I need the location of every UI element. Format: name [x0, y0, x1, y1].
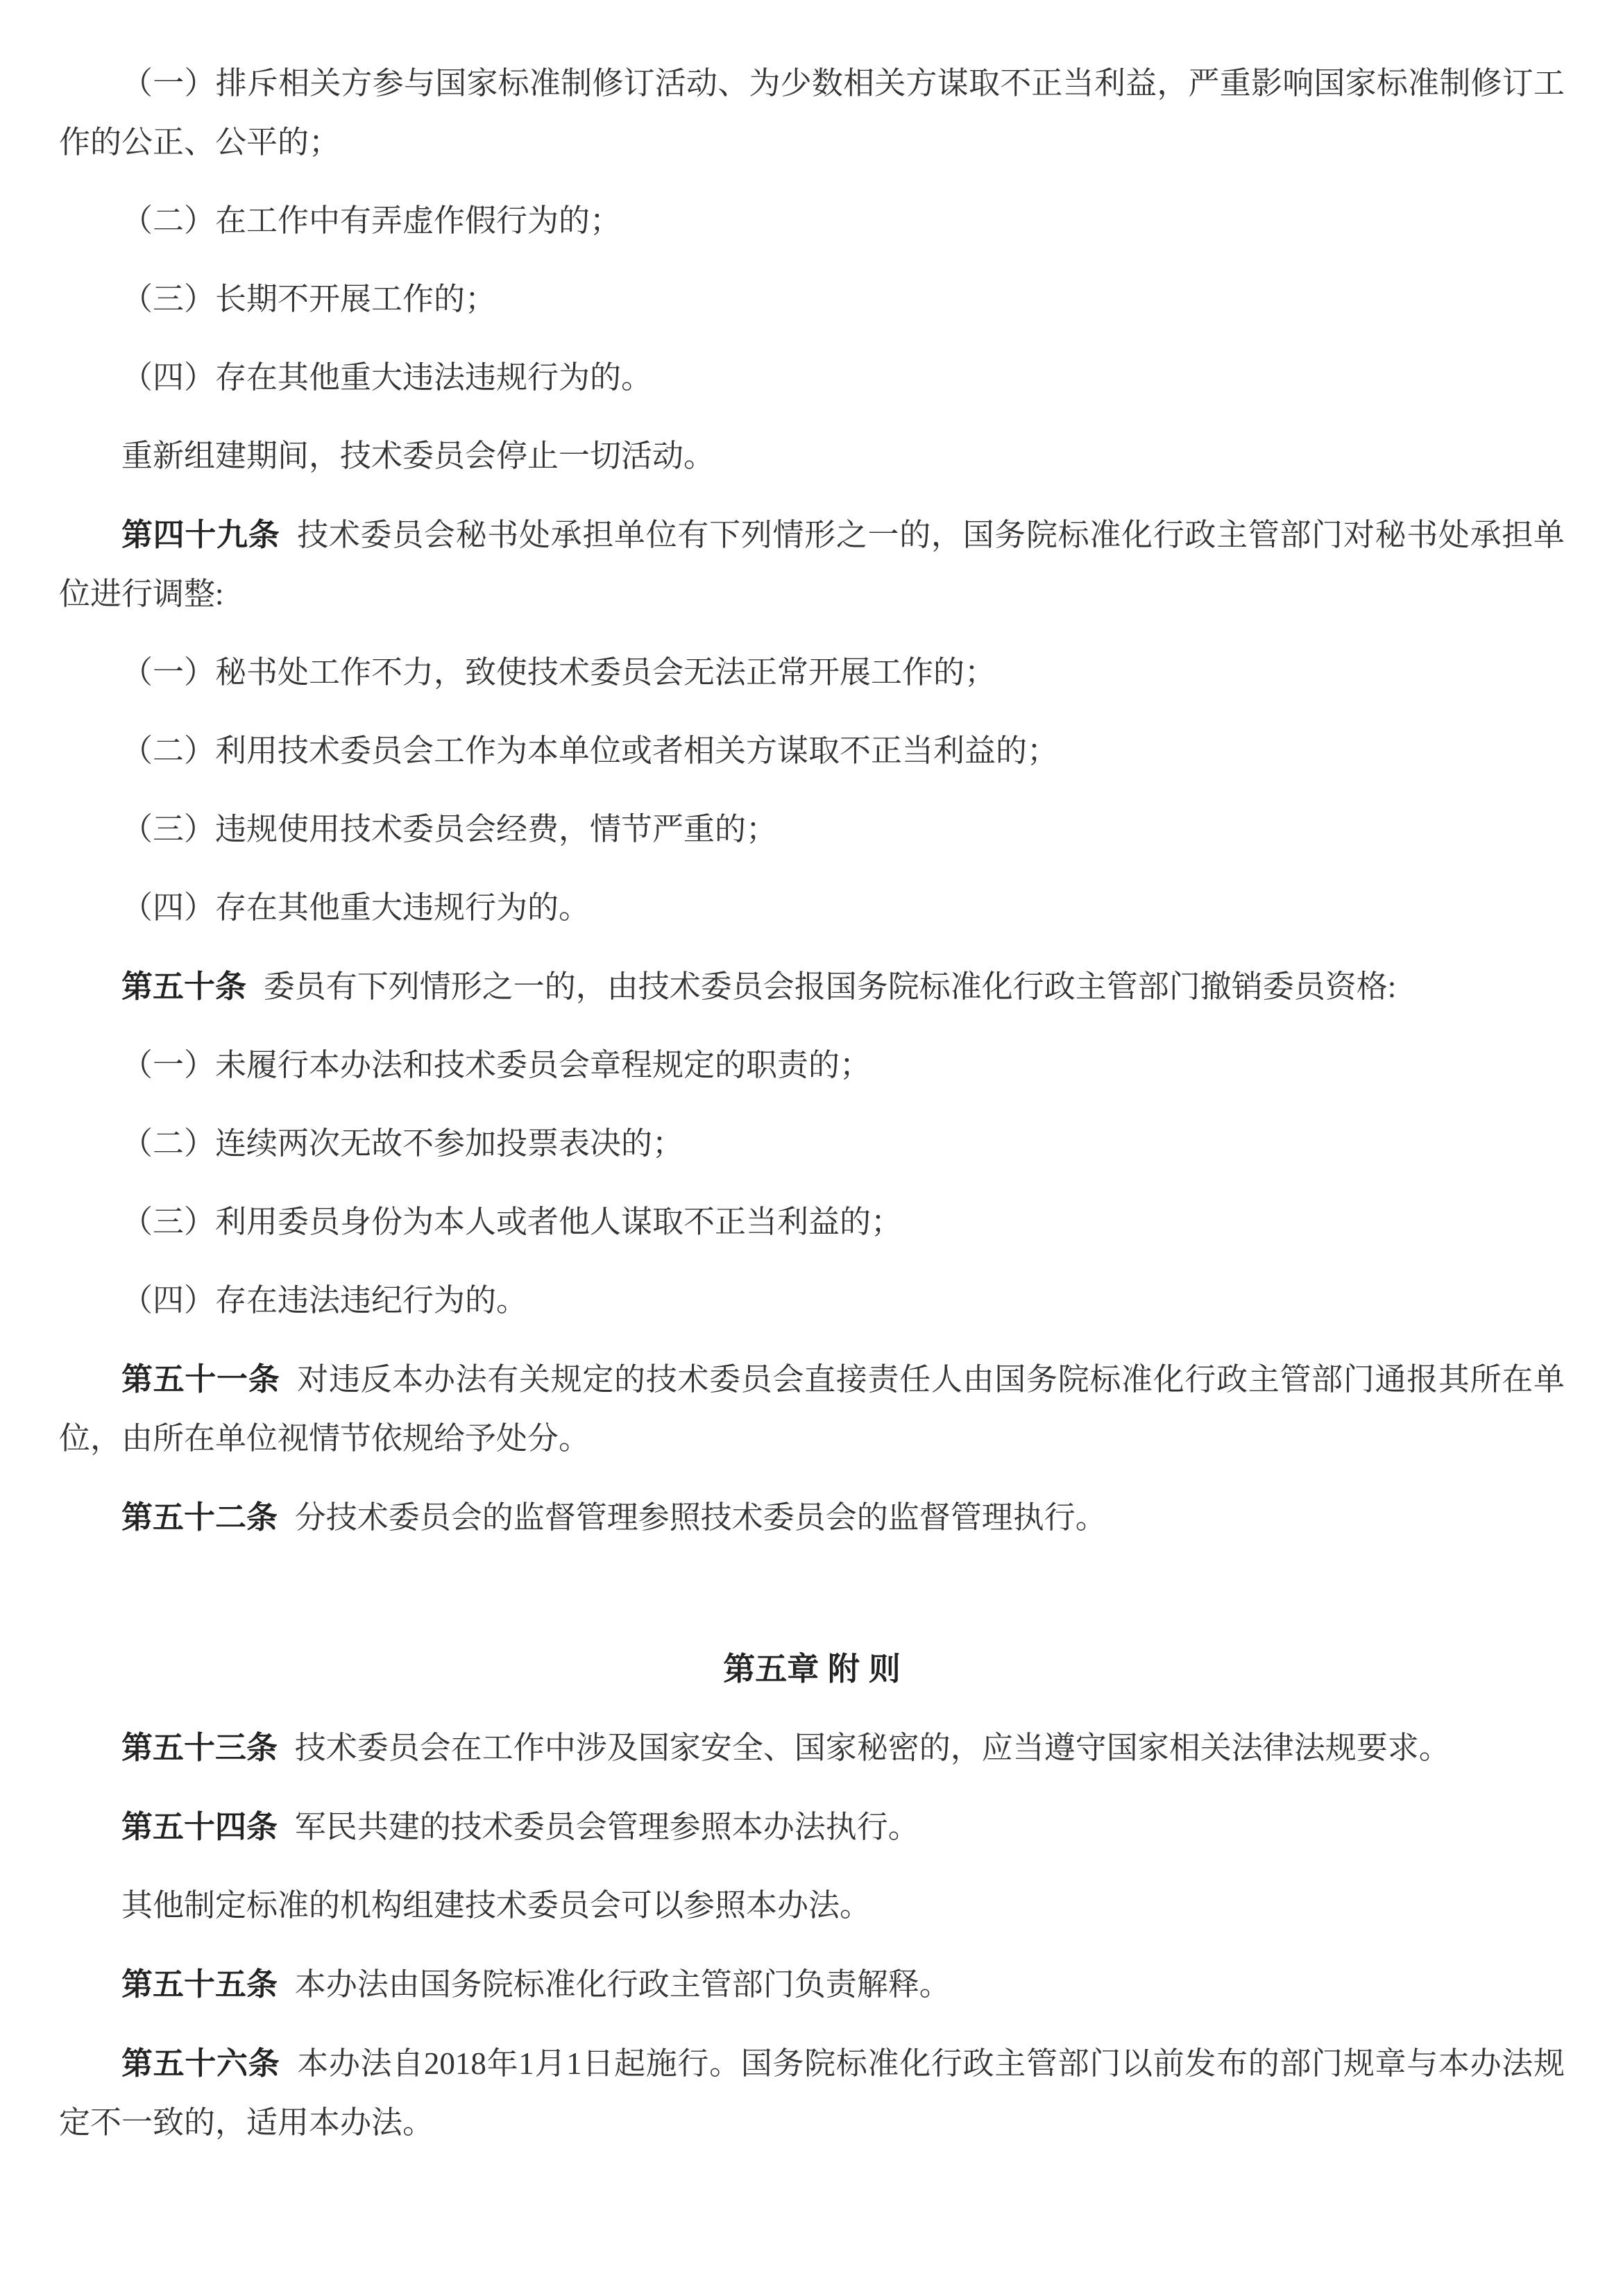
paragraph: （三）违规使用技术委员会经费，情节严重的； — [59, 800, 1565, 859]
paragraph: 第四十九条技术委员会秘书处承担单位有下列情形之一的，国务院标准化行政主管部门对秘… — [59, 505, 1565, 624]
article-number: 第五十二条 — [121, 1499, 278, 1535]
paragraph-text: 对违反本办法有关规定的技术委员会直接责任人由国务院标准化行政主管部门通报其所在单… — [59, 1362, 1565, 1456]
paragraph: 第五十四条军民共建的技术委员会管理参照本办法执行。 — [59, 1797, 1565, 1857]
paragraph-text: 其他制定标准的机构组建技术委员会可以参照本办法。 — [121, 1888, 871, 1923]
article-number: 第四十九条 — [121, 517, 280, 552]
article-number: 第五十三条 — [121, 1730, 278, 1765]
paragraph-text: 军民共建的技术委员会管理参照本办法执行。 — [295, 1810, 919, 1844]
article-number: 第五十四条 — [121, 1809, 278, 1844]
paragraph-text: （三）违规使用技术委员会经费，情节严重的； — [121, 812, 777, 847]
paragraph: 第五十五条本办法由国务院标准化行政主管部门负责解释。 — [59, 1955, 1565, 2014]
paragraph: 第五十条委员有下列情形之一的，由技术委员会报国务院标准化行政主管部门撤销委员资格… — [59, 957, 1565, 1017]
paragraph-text: （四）存在其他重大违规行为的。 — [121, 890, 590, 925]
article-number: 第五十六条 — [121, 2046, 280, 2081]
paragraph: （一）秘书处工作不力，致使技术委员会无法正常开展工作的； — [59, 643, 1565, 702]
paragraph: 第五十一条对违反本办法有关规定的技术委员会直接责任人由国务院标准化行政主管部门通… — [59, 1350, 1565, 1468]
paragraph: （三）长期不开展工作的； — [59, 270, 1565, 329]
paragraph: （一）排斥相关方参与国家标准制修订活动、为少数相关方谋取不正当利益，严重影响国家… — [59, 54, 1565, 172]
document-content: （一）排斥相关方参与国家标准制修订活动、为少数相关方谋取不正当利益，严重影响国家… — [59, 54, 1565, 2172]
paragraph-text: 技术委员会秘书处承担单位有下列情形之一的，国务院标准化行政主管部门对秘书处承担单… — [59, 518, 1565, 611]
paragraph: 其他制定标准的机构组建技术委员会可以参照本办法。 — [59, 1876, 1565, 1935]
paragraph-text: （三）长期不开展工作的； — [121, 282, 496, 316]
paragraph-text: 技术委员会在工作中涉及国家安全、国家秘密的，应当遵守国家相关法律法规要求。 — [295, 1730, 1450, 1765]
paragraph-text: （四）存在其他重大违法违规行为的。 — [121, 360, 652, 395]
paragraph-text: （三）利用委员身份为本人或者他人谋取不正当利益的； — [121, 1205, 902, 1239]
paragraph-text: （二）利用技术委员会工作为本单位或者相关方谋取不正当利益的； — [121, 733, 1058, 768]
paragraph-text: 委员有下列情形之一的，由技术委员会报国务院标准化行政主管部门撤销委员资格: — [264, 969, 1397, 1004]
paragraph: 第五十六条本办法自2018年1月1日起施行。国务院标准化行政主管部门以前发布的部… — [59, 2034, 1565, 2152]
paragraph-text: （四）存在违法违纪行为的。 — [121, 1283, 527, 1318]
paragraph-text: （一）秘书处工作不力，致使技术委员会无法正常开展工作的； — [121, 655, 996, 690]
paragraph-text: （二）连续两次无故不参加投票表决的； — [121, 1126, 683, 1161]
paragraph: 第五十三条技术委员会在工作中涉及国家安全、国家秘密的，应当遵守国家相关法律法规要… — [59, 1718, 1565, 1778]
paragraph: 重新组建期间，技术委员会停止一切活动。 — [59, 427, 1565, 486]
article-number: 第五十条 — [121, 969, 246, 1004]
paragraph: （二）连续两次无故不参加投票表决的； — [59, 1114, 1565, 1173]
paragraph-text: 重新组建期间，技术委员会停止一切活动。 — [121, 439, 715, 473]
paragraph: （四）存在其他重大违法违规行为的。 — [59, 348, 1565, 407]
paragraph: （三）利用委员身份为本人或者他人谋取不正当利益的； — [59, 1193, 1565, 1252]
paragraph: 第五十二条分技术委员会的监督管理参照技术委员会的监督管理执行。 — [59, 1488, 1565, 1547]
paragraph-text: （一）排斥相关方参与国家标准制修订活动、为少数相关方谋取不正当利益，严重影响国家… — [59, 66, 1565, 160]
document-page: （一）排斥相关方参与国家标准制修订活动、为少数相关方谋取不正当利益，严重影响国家… — [0, 0, 1623, 2296]
paragraph: （一）未履行本办法和技术委员会章程规定的职责的； — [59, 1036, 1565, 1095]
article-number: 第五十五条 — [121, 1966, 278, 2002]
paragraph: （四）存在其他重大违规行为的。 — [59, 878, 1565, 937]
chapter-heading: 第五章 附 则 — [59, 1640, 1565, 1699]
paragraph-text: 本办法由国务院标准化行政主管部门负责解释。 — [295, 1967, 951, 2002]
paragraph: （四）存在违法违纪行为的。 — [59, 1271, 1565, 1330]
article-number: 第五十一条 — [121, 1361, 280, 1397]
paragraph-text: 分技术委员会的监督管理参照技术委员会的监督管理执行。 — [295, 1500, 1107, 1535]
paragraph-text: （二）在工作中有弄虚作假行为的； — [121, 203, 621, 238]
paragraph-text: 本办法自2018年1月1日起施行。国务院标准化行政主管部门以前发布的部门规章与本… — [59, 2046, 1565, 2140]
paragraph-text: （一）未履行本办法和技术委员会章程规定的职责的； — [121, 1048, 871, 1082]
paragraph: （二）利用技术委员会工作为本单位或者相关方谋取不正当利益的； — [59, 722, 1565, 781]
paragraph: （二）在工作中有弄虚作假行为的； — [59, 192, 1565, 250]
